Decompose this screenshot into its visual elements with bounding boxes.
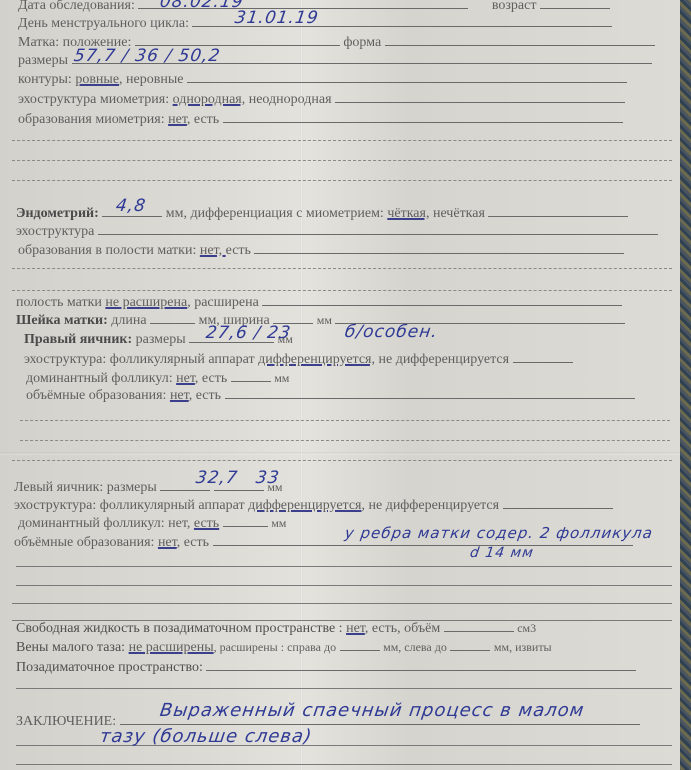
blank-line	[12, 180, 672, 181]
blank-line	[16, 585, 672, 586]
left-dominant-yes: есть	[194, 516, 219, 531]
free-fluid-row: Свободная жидкость в позадиматочном прос…	[16, 619, 536, 637]
right-ovary-label: Правый яичник:	[24, 332, 132, 347]
endometrium-value: 4,8	[115, 196, 148, 216]
left-dominant-label: доминантный фолликул: нет,	[18, 516, 190, 531]
retrouterine-space-label: Позадиматочное пространство:	[16, 660, 203, 675]
left-ovary-note-line-1: у ребра матки содер. 2 фолликула	[344, 524, 655, 542]
free-fluid-label: Свободная жидкость в позадиматочном прос…	[16, 621, 343, 636]
cervix-row: Шейка матки: длина мм, ширина мм	[16, 311, 625, 329]
left-ovary-not-differentiated: , не дифференцируется	[361, 498, 499, 513]
cervix-label: Шейка матки:	[16, 313, 108, 328]
blank-line	[12, 603, 672, 604]
veins-tortuous-label: мм, извиты	[494, 640, 552, 654]
right-ovary-echo-row: эхоструктура: фолликулярный аппарат дифф…	[24, 350, 573, 368]
right-ovary-dominant-row: доминантный фолликул: нет, есть мм	[26, 369, 289, 387]
right-dominant-label: доминантный фолликул:	[26, 371, 173, 386]
right-dominant-yes: , есть	[195, 371, 227, 386]
myometrium-echo-label: эхоструктура миометрия:	[18, 92, 169, 107]
right-ovary-differentiated: дифференцируется,	[258, 352, 375, 367]
ultrasound-report-form: Дата обследования: возраст 08.02.19 День…	[0, 0, 680, 770]
free-fluid-unit: см3	[517, 621, 536, 635]
blank-line	[20, 420, 670, 421]
right-ovary-volume-row: объёмные образования: нет, есть	[26, 386, 635, 404]
cavity-formations-label: образования в полости матки:	[18, 243, 196, 258]
pelvic-veins-label: Вены малого таза:	[16, 640, 125, 655]
veins-left-label: мм, слева до	[383, 640, 447, 654]
right-dominant-unit: мм	[274, 371, 289, 385]
cavity-formations-yes: есть	[226, 243, 251, 258]
differentiation-clear: чёткая,	[387, 206, 429, 221]
cavity-dilated: , расширена	[187, 295, 259, 310]
paper-fold-horizontal	[0, 452, 680, 455]
uterine-cavity-row: полость матки не расширена, расширена	[16, 293, 622, 311]
cavity-formations-no: нет,	[200, 243, 226, 258]
left-volume-yes: , есть	[177, 535, 209, 550]
myometrium-echo-homogeneous: однородная,	[173, 92, 246, 107]
pelvic-veins-row: Вены малого таза: не расширены, расширен…	[16, 638, 552, 656]
retrouterine-space-row: Позадиматочное пространство:	[16, 658, 636, 676]
left-ovary-dominant-row: доминантный фолликул: нет, есть мм	[18, 514, 286, 532]
uterus-size-label: размеры	[18, 53, 68, 68]
blank-line	[12, 460, 672, 461]
myometrium-formations-no: нет	[168, 112, 187, 127]
exam-date-value: 08.02.19	[159, 0, 246, 12]
contour-option-uneven: , неровные	[119, 72, 183, 87]
right-ovary-size-value: 27,6 / 23	[205, 323, 293, 343]
left-ovary-label: Левый яичник:	[14, 480, 103, 495]
left-volume-label: объёмные образования:	[14, 535, 154, 550]
blank-line	[12, 268, 672, 269]
contour-option-even: ровные	[75, 72, 119, 87]
endometrium-unit-text: мм, дифференциация с миометрием:	[166, 206, 384, 221]
myometrium-formations-row: образования миометрия: нет, есть	[18, 110, 623, 128]
blank-line	[12, 160, 672, 161]
right-ovary-size-label: размеры	[136, 332, 186, 347]
right-ovary-note: б/особен.	[344, 322, 440, 342]
left-ovary-differentiated: дифференцируется	[248, 498, 361, 513]
left-ovary-size-value-1: 32,7	[195, 468, 240, 488]
blank-line	[16, 566, 672, 567]
right-volume-label: объёмные образования:	[26, 388, 166, 403]
veins-not-dilated: не расширены	[129, 640, 214, 655]
differentiation-unclear: нечёткая	[429, 206, 484, 221]
blank-line	[20, 440, 670, 441]
cycle-day-label: День менструального цикла:	[18, 16, 189, 31]
blank-line	[16, 688, 672, 689]
left-ovary-echo-label: эхоструктура: фолликулярный аппарат	[14, 498, 245, 513]
cervix-unit: мм	[317, 313, 332, 327]
myometrium-echo-heterogeneous: неоднородная	[245, 92, 331, 107]
endometrium-row: Эндометрий: мм, дифференциация с миометр…	[16, 204, 628, 222]
uterus-contour-row: контуры: ровные, неровные	[18, 70, 627, 88]
exam-date-label: Дата обследования:	[18, 0, 135, 13]
cavity-formations-row: образования в полости матки: нет, есть	[18, 241, 624, 259]
blank-line	[16, 764, 672, 765]
left-volume-no: нет	[158, 535, 177, 550]
endometrium-label: Эндометрий:	[16, 206, 99, 221]
left-dominant-unit: мм	[271, 516, 286, 530]
cycle-day-value: 31.01.19	[234, 8, 321, 28]
myometrium-echo-row: эхоструктура миометрия: однородная, неод…	[18, 90, 625, 108]
left-ovary-note-line-2: d 14 мм	[469, 545, 535, 561]
blank-line	[12, 140, 672, 141]
left-ovary-size-label: размеры	[107, 480, 157, 495]
left-ovary-echo-row: эхоструктура: фолликулярный аппарат дифф…	[14, 496, 613, 514]
uterine-cavity-label: полость матки	[16, 295, 102, 310]
cervix-length-label: длина	[111, 313, 146, 328]
age-label: возраст	[492, 0, 537, 13]
myometrium-formations-label: образования миометрия:	[18, 112, 165, 127]
left-ovary-size-value-2: 33	[255, 468, 281, 488]
uterus-shape-label: форма	[343, 35, 381, 50]
right-dominant-no: нет	[176, 371, 195, 386]
myometrium-formations-yes: , есть	[187, 112, 219, 127]
contour-label: контуры:	[18, 72, 72, 87]
conclusion-line-2: тазу (больше слева)	[99, 726, 314, 747]
free-fluid-no: нет	[346, 621, 365, 636]
veins-dilated-right: , расширены : справа до	[214, 640, 336, 654]
right-volume-yes: , есть	[189, 388, 221, 403]
right-ovary-not-differentiated: не дифференцируется	[375, 352, 509, 367]
endometrium-echo-row: эхоструктура	[16, 222, 658, 240]
blank-line	[12, 290, 672, 291]
cavity-not-dilated: не расширена	[105, 295, 187, 310]
right-ovary-echo-label: эхоструктура: фолликулярный аппарат	[24, 352, 255, 367]
free-fluid-yes: , есть, объём	[365, 621, 440, 636]
left-ovary-row: Левый яичник: размеры мм	[14, 478, 283, 496]
endometrium-echo-label: эхоструктура	[16, 224, 94, 239]
right-volume-no: нет	[170, 388, 189, 403]
conclusion-line-1: Выраженный спаечный процесс в малом	[159, 700, 586, 721]
uterus-size-value: 57,7 / 36 / 50,2	[73, 46, 222, 66]
